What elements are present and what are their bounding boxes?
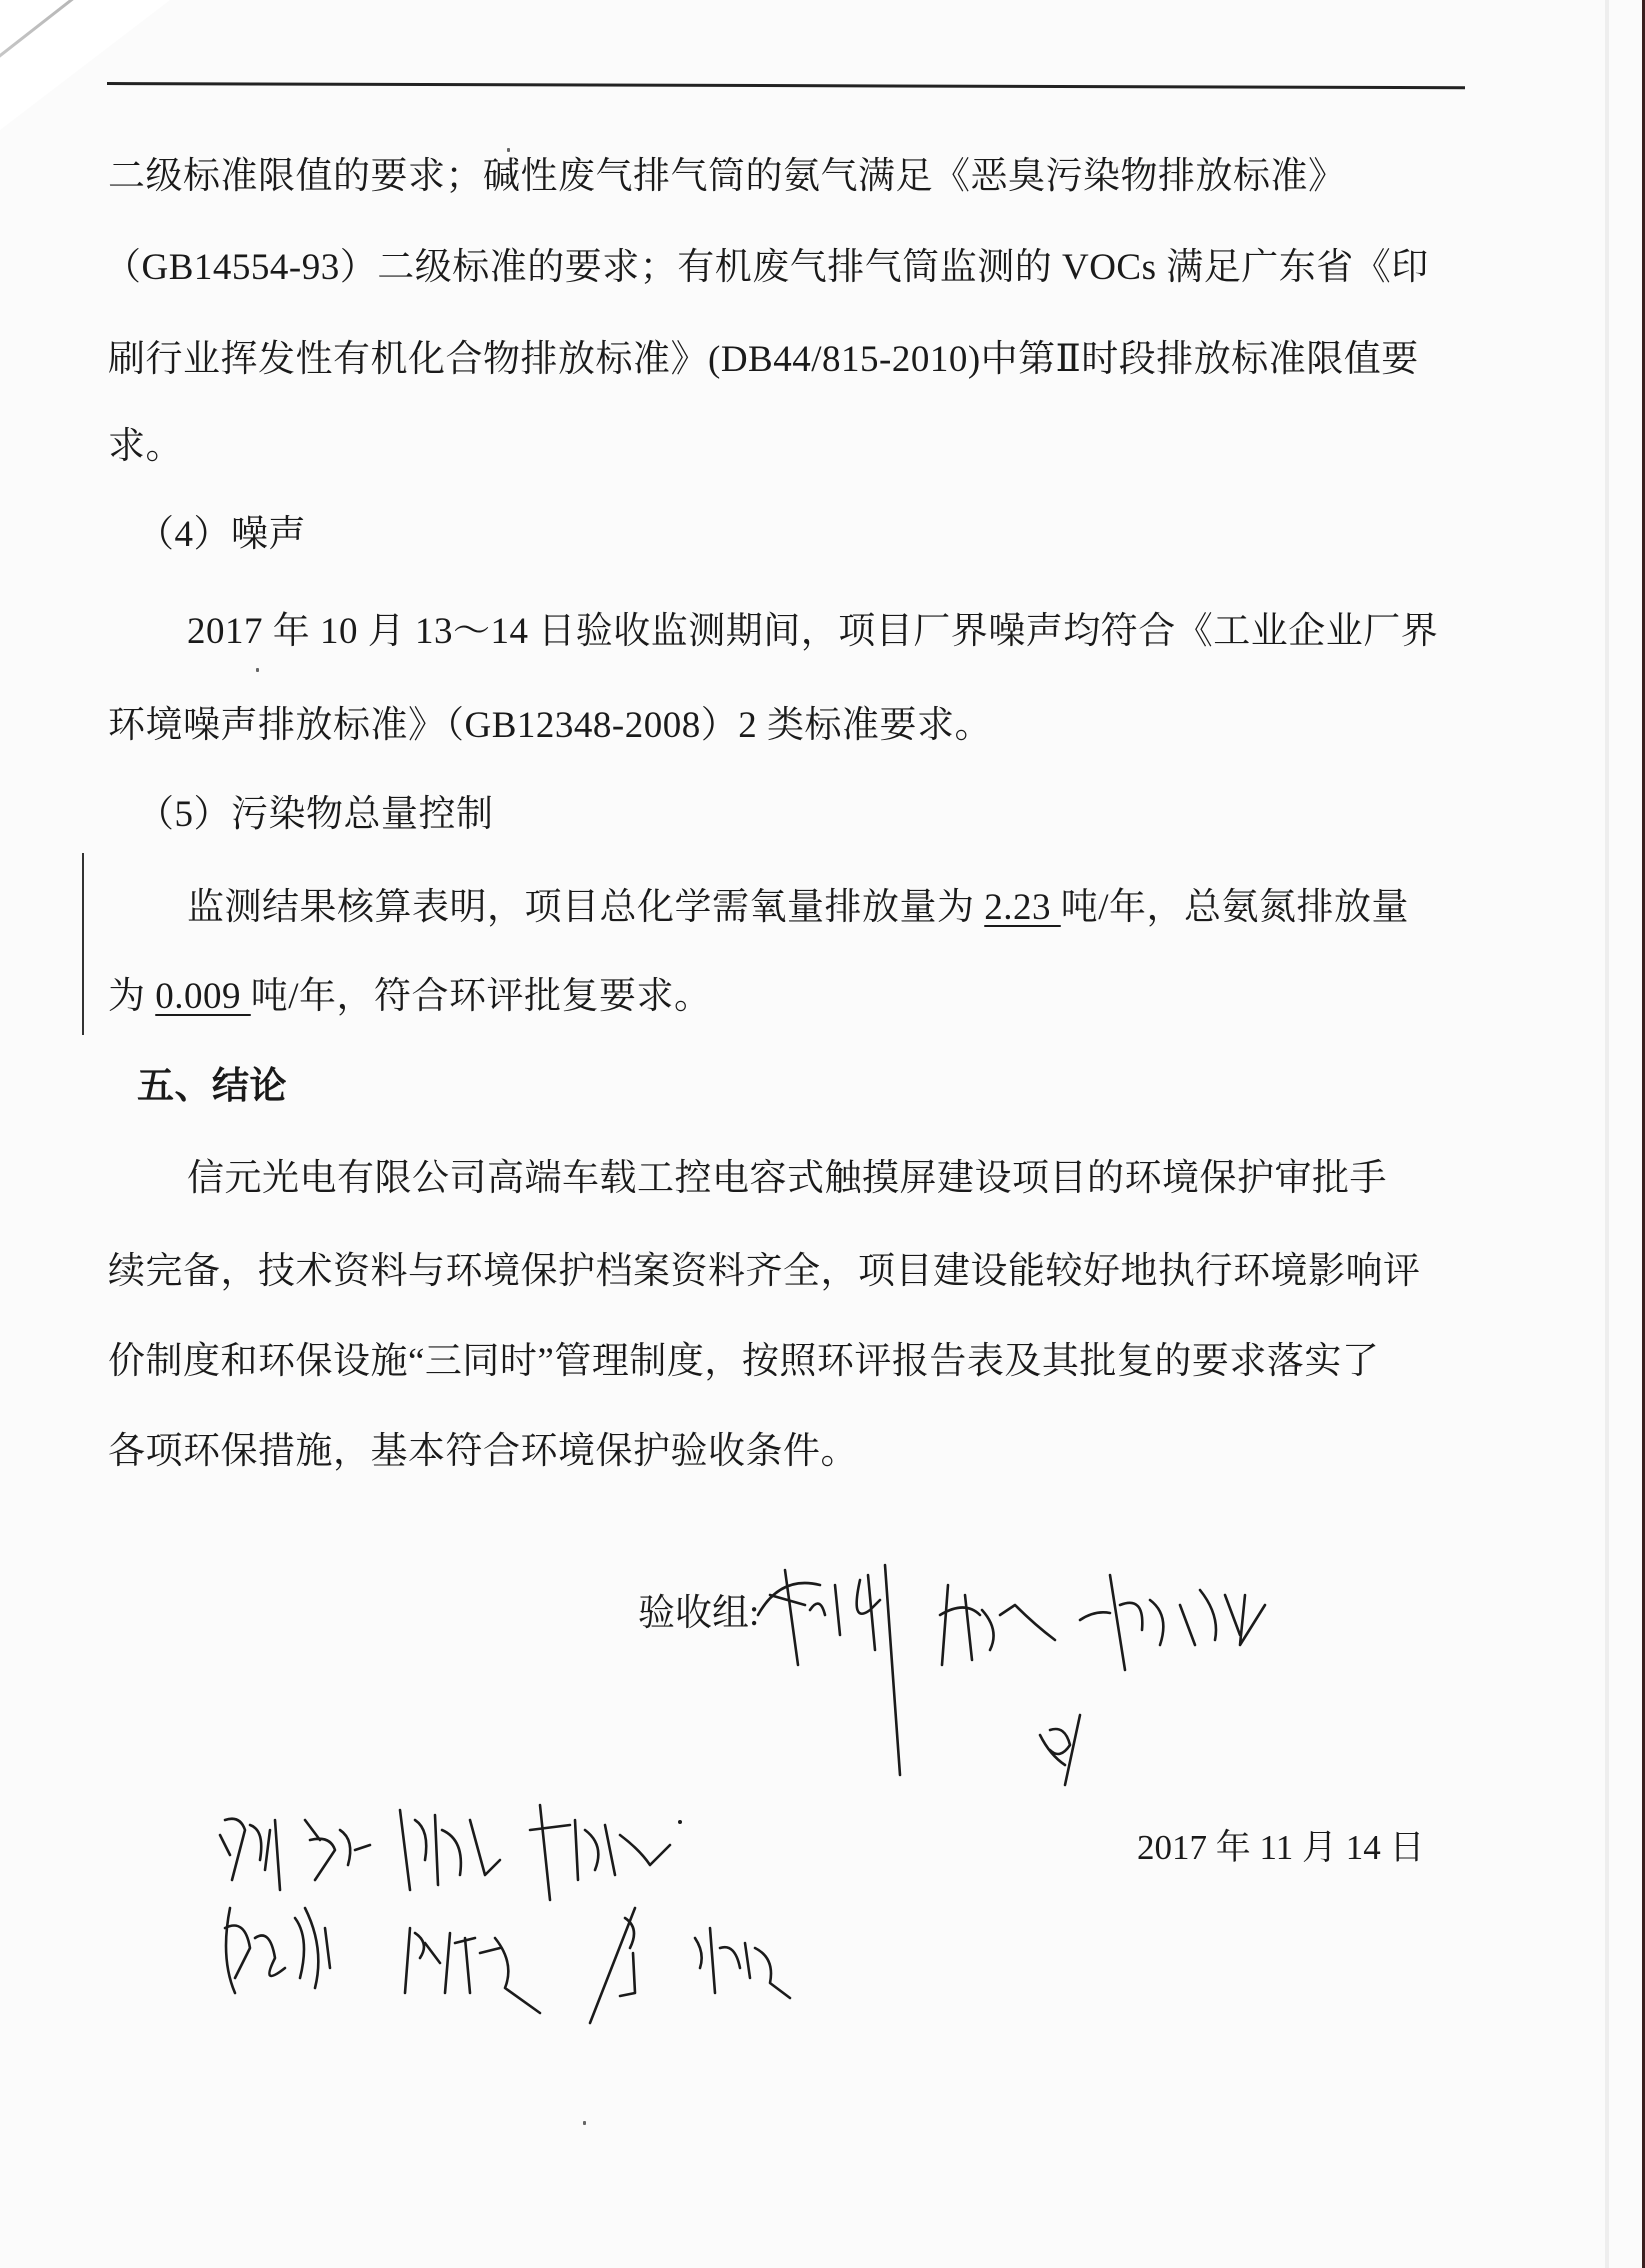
paragraph-line: 为 0.009 吨/年，符合环评批复要求。 <box>108 975 712 1019</box>
paragraph-line: （GB14554-93）二级标准的要求；有机废气排气筒监测的 VOCs 满足广东… <box>104 246 1429 290</box>
text-segment: 吨/年，符合环评批复要求。 <box>251 976 712 1017</box>
folded-corner <box>0 0 170 130</box>
paragraph-line: 续完备，技术资料与环境保护档案资料齐全，项目建设能较好地执行环境影响评 <box>108 1250 1421 1294</box>
paragraph-line: 监测结果核算表明，项目总化学需氧量排放量为 2.23 吨/年，总氨氮排放量 <box>187 886 1409 930</box>
paragraph-line: 环境噪声排放标准》（GB12348-2008）2 类标准要求。 <box>108 704 992 748</box>
header-rule <box>107 82 1465 89</box>
paragraph-line: 求。 <box>108 425 183 469</box>
cod-emission-value: 2.23 <box>984 887 1061 928</box>
handwritten-signature <box>750 1555 1450 1735</box>
section-heading-conclusion: 五、结论 <box>137 1065 287 1109</box>
handwritten-signature <box>215 1898 1015 2058</box>
text-segment: 监测结果核算表明，项目总化学需氧量排放量为 <box>187 887 984 928</box>
section-heading-noise: （4）噪声 <box>137 513 306 557</box>
paragraph-line: 二级标准限值的要求；碱性废气排气筒的氨气满足《恶臭污染物排放标准》 <box>108 155 1346 199</box>
section-heading-total-control: （5）污染物总量控制 <box>137 793 494 837</box>
scanned-page: 二级标准限值的要求；碱性废气排气筒的氨气满足《恶臭污染物排放标准》 （GB145… <box>0 0 1645 2268</box>
paragraph-line: 价制度和环保设施“三同时”管理制度，按照环评报告表及其批复的要求落实了 <box>108 1340 1379 1384</box>
text-segment: 吨/年，总氨氮排放量 <box>1061 887 1409 928</box>
scan-speck <box>256 668 259 672</box>
margin-revision-bar <box>82 853 84 1035</box>
signing-date: 2017 年 11 月 14 日 <box>1137 1826 1424 1870</box>
scan-speck <box>507 148 510 152</box>
paragraph-line: 2017 年 10 月 13～14 日验收监测期间，项目厂界噪声均符合《工业企业… <box>187 610 1438 654</box>
scan-shadow <box>1605 0 1609 2268</box>
paragraph-line: 各项环保措施，基本符合环境保护验收条件。 <box>108 1430 858 1474</box>
scan-speck <box>583 2121 586 2125</box>
paragraph-line: 刷行业挥发性有机化合物排放标准》(DB44/815-2010)中第Ⅱ时段排放标准… <box>108 338 1419 382</box>
paragraph-line: 信元光电有限公司高端车载工控电容式触摸屏建设项目的环境保护审批手 <box>187 1157 1387 1201</box>
acceptance-group-label: 验收组: <box>638 1592 759 1636</box>
text-segment: 为 <box>108 976 155 1017</box>
ammonia-emission-value: 0.009 <box>155 976 251 1017</box>
